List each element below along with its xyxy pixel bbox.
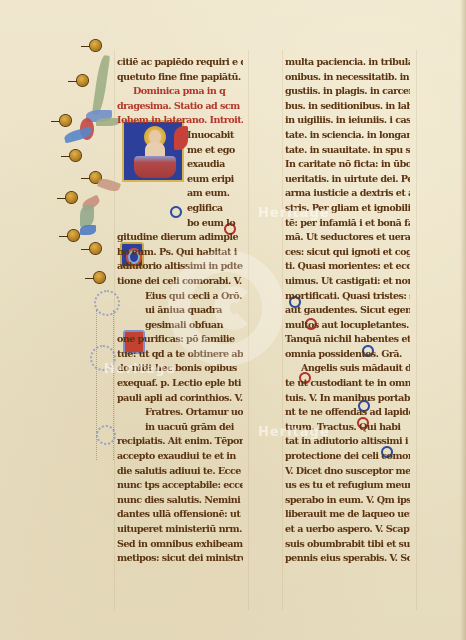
rubric-line: Dominica pma in q — [117, 85, 243, 100]
text-line: nunc dies salutis. Nemini — [117, 494, 243, 509]
text-line: multa paciencia. in tribulati — [285, 56, 410, 71]
text-line: aut gaudentes. Sicut egentes, — [285, 304, 410, 319]
ruling-line — [416, 50, 417, 610]
gold-ball-icon — [60, 115, 71, 126]
text-line: exaudia — [117, 158, 243, 173]
gold-ball-icon — [94, 272, 105, 283]
text-line: Angelis suis mādauit de — [285, 362, 410, 377]
text-line: eglifica — [117, 202, 243, 217]
text-line: am eum. — [117, 187, 243, 202]
text-line: pennis eius sperabis. V. Scu — [285, 552, 410, 567]
gold-ball-icon — [70, 150, 81, 161]
text-line: nt te ne offendas ad lapidē pedē — [285, 406, 410, 421]
page-edge — [460, 0, 466, 640]
gold-ball-icon — [66, 192, 77, 203]
text-line: V. Dicet dno susceptor me — [285, 465, 410, 480]
text-line: suis obumbrabit tibi et sub — [285, 538, 410, 553]
text-line: liberauit me de laqueo uenanciu — [285, 508, 410, 523]
text-line: mā. Ut seductores et uera — [285, 231, 410, 246]
text-line: multos aut locupletantes. — [285, 319, 410, 334]
text-line: tuis. V. In manibus portabe — [285, 392, 410, 407]
watermark-text: Heritage — [258, 425, 330, 440]
leaf-icon — [92, 55, 110, 116]
text-line: metipos: sicut dei ministros i — [117, 552, 243, 567]
text-line: us es tu et refugium meum deus mis — [285, 479, 410, 494]
gold-ball-icon — [90, 40, 101, 51]
text-line: et a uerbo aspero. V. Scapulis — [285, 523, 410, 538]
text-line: tate. in sciencia. in longanimi — [285, 129, 410, 144]
text-line: recipiatis. Ait enim. Tēpore — [117, 435, 243, 450]
text-line: exequaf. p. Lectio eple bti — [117, 377, 243, 392]
text-line: in uigiliis. in ieiuniis. i casti — [285, 114, 410, 129]
text-line: ueritatis. in uirtute dei. Per — [285, 173, 410, 188]
right-column: multa paciencia. in tribulati onibus. in… — [285, 56, 410, 567]
gold-ball-icon — [90, 243, 101, 254]
text-line: Fratres. Ortamur uos ne — [117, 406, 243, 421]
text-line: pauli apli ad corinthios. V. — [117, 392, 243, 407]
text-line: uituperet ministeriū nrm. — [117, 523, 243, 538]
leaf-icon — [80, 205, 94, 227]
text-line: In caritate nō ficta: in ūbo — [285, 158, 410, 173]
penwork-swirl — [96, 425, 116, 445]
text-line: uimus. Ut castigati: et non — [285, 275, 410, 290]
text-line: ces: sicut qui ignoti et cogni — [285, 246, 410, 261]
leaf-icon — [80, 225, 96, 235]
text-line: gustiis. in plagis. in carceri — [285, 85, 410, 100]
gold-ball-icon — [77, 75, 88, 86]
copyright-watermark-icon — [168, 250, 284, 366]
text-line: nunc tps acceptabile: ecce — [117, 479, 243, 494]
text-line: tate. in suauitate. in spu sco. — [285, 144, 410, 159]
text-line: accepto exaudiui te et in — [117, 450, 243, 465]
text-line: dantes ullā offensionē: ut n — [117, 508, 243, 523]
watermark-text: Heritage — [104, 362, 176, 377]
text-line: sperabo in eum. V. Qm ipse — [285, 494, 410, 509]
text-line: onibus. in necessitatib. in a — [285, 71, 410, 86]
ruling-line — [282, 50, 283, 610]
gold-ball-icon — [68, 230, 79, 241]
text-line: gitudine dierum adimple — [117, 231, 243, 246]
text-line: citiē ac papiēdo requiri e q — [117, 56, 243, 71]
text-line: protectione dei celi comorabitur. — [285, 450, 410, 465]
text-line: eum eripi — [117, 173, 243, 188]
rubric-line: Iohem in laterano. Introit. — [117, 114, 243, 129]
text-line: mortificati. Quasi tristes: semp — [285, 290, 410, 305]
text-line: Tanquā nichil habentes et — [285, 333, 410, 348]
text-line: Sed in omnibus exhibeamus nos — [117, 538, 243, 553]
text-line: arma iusticie a dextris et a sini — [285, 187, 410, 202]
text-line: Inuocabit — [117, 129, 243, 144]
text-line: in uacuū grām dei — [117, 421, 243, 436]
rubric-line: dragesima. Statio ad scm — [117, 100, 243, 115]
text-line: me et ego — [117, 144, 243, 159]
watermark-text: Heritage — [258, 206, 330, 221]
text-line: die salutis adiuui te. Ecce — [117, 465, 243, 480]
text-line: quetuto fine fine papiātū. — [117, 71, 243, 86]
text-line: bo eum lo — [117, 217, 243, 232]
manuscript-page: citiē ac papiēdo requiri e q quetuto fin… — [0, 0, 466, 640]
leaf-icon — [63, 127, 93, 144]
text-line: omnia possidentes. Grā. — [285, 348, 410, 363]
text-line: bus. in seditionibus. in laboribus. — [285, 100, 410, 115]
ruling-line — [114, 50, 115, 610]
text-line: te ut custodiant te in omnibus uiis — [285, 377, 410, 392]
text-line: ti. Quasi morientes: et ecce ui — [285, 260, 410, 275]
